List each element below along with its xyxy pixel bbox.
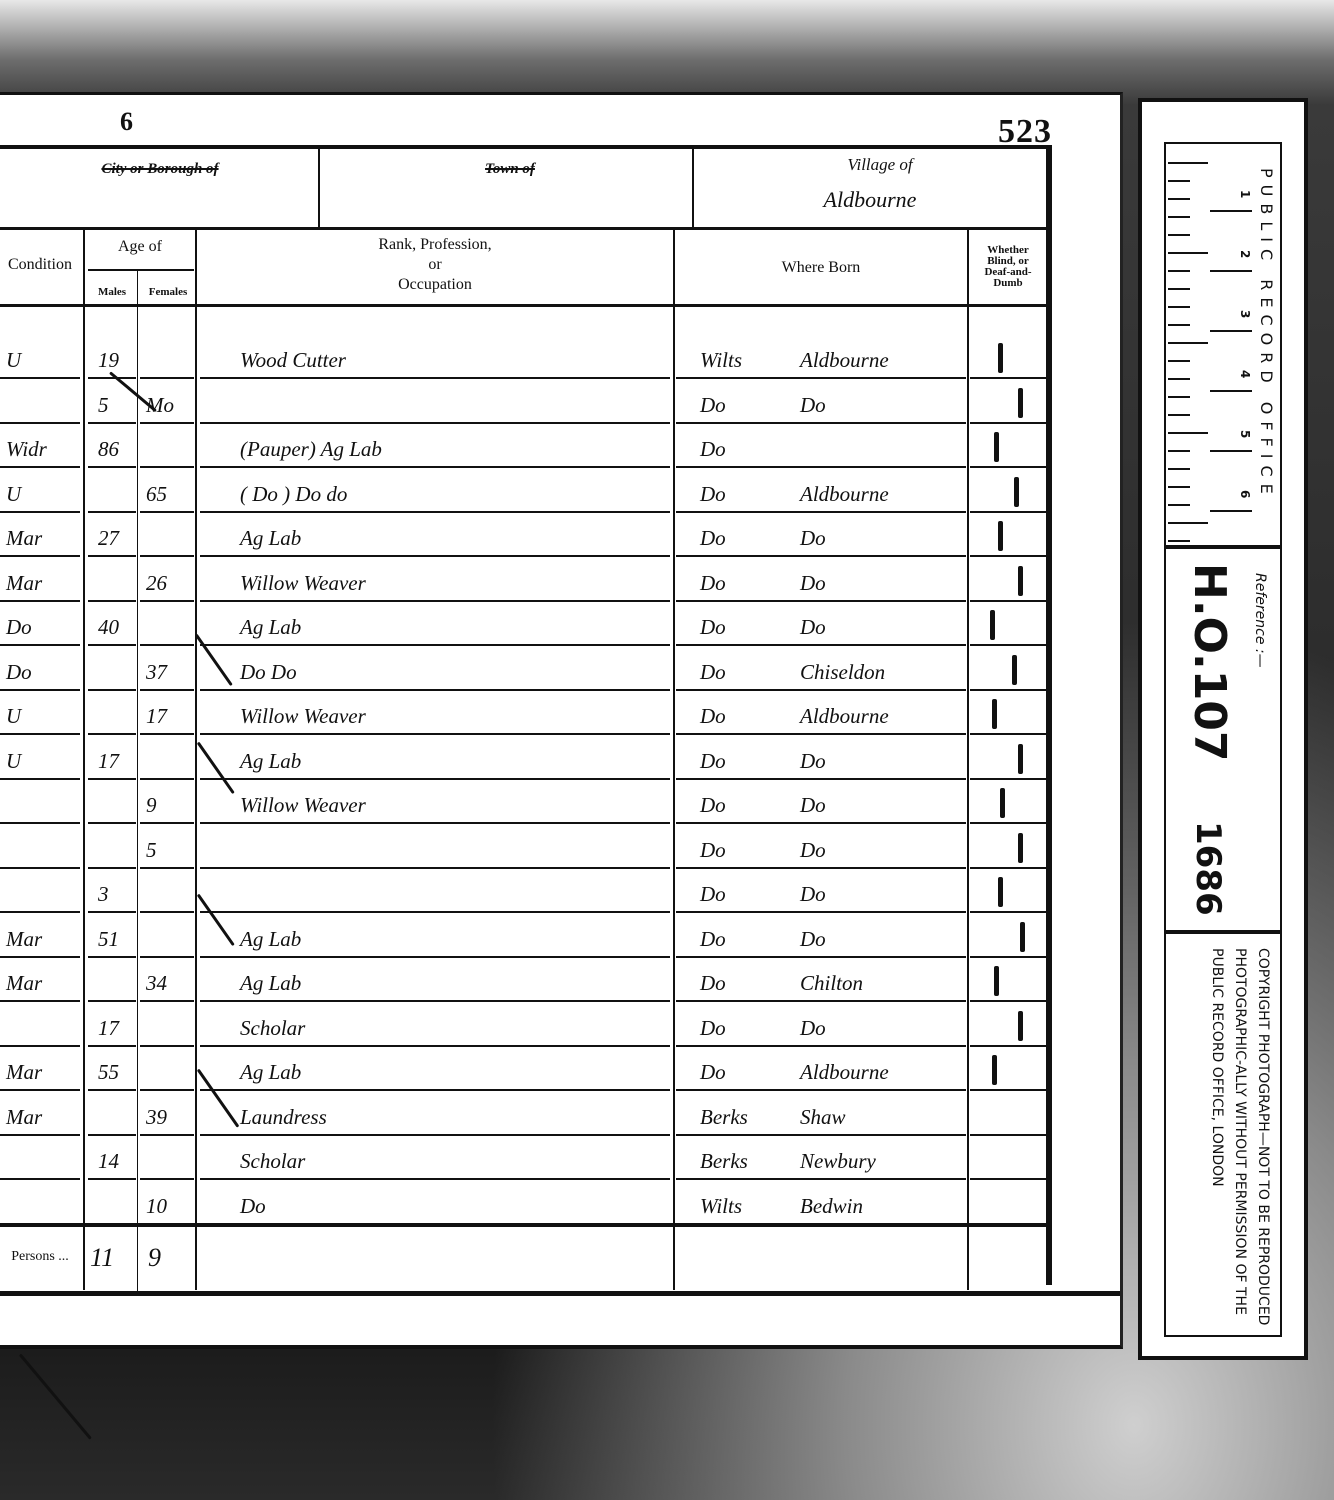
table-row: Mar39LaundressBerksShaw <box>0 1090 1050 1136</box>
male-age-cell: 40 <box>98 615 119 640</box>
born-county-cell: Do <box>700 482 726 507</box>
occupation-cell: Ag Lab <box>240 1060 301 1085</box>
table-row: Do37Do DoDoChiseldon <box>0 645 1050 691</box>
ruler-tick <box>1168 360 1190 362</box>
born-place-cell: Aldbourne <box>800 348 889 373</box>
born-county-cell: Do <box>700 571 726 596</box>
male-age-cell: 86 <box>98 437 119 462</box>
born-place-cell: Shaw <box>800 1105 846 1130</box>
condition-cell: Mar <box>6 1060 42 1085</box>
table-row: 3DoDo <box>0 867 1050 913</box>
born-place-cell: Do <box>800 1016 826 1041</box>
ruler-tick <box>1168 162 1208 164</box>
male-age-cell: 55 <box>98 1060 119 1085</box>
male-age-cell: 17 <box>98 749 119 774</box>
table-row: U65( Do ) Do doDoAldbourne <box>0 467 1050 513</box>
ruler-major-tick <box>1210 510 1252 512</box>
condition-cell: U <box>6 704 21 729</box>
occupation-cell: Do <box>240 1194 266 1219</box>
male-age-cell: 17 <box>98 1016 119 1041</box>
table-row: 14ScholarBerksNewbury <box>0 1134 1050 1180</box>
male-age-cell: 14 <box>98 1149 119 1174</box>
occupation-header-line1: Rank, Profession, <box>200 235 670 255</box>
condition-cell: Mar <box>6 971 42 996</box>
ruler-tick <box>1168 270 1190 272</box>
condition-cell: Do <box>6 660 32 685</box>
table-row: U17Ag LabDoDo <box>0 734 1050 780</box>
tally-mark <box>994 432 999 462</box>
female-age-cell: 5 <box>146 838 157 863</box>
table-row: Mar51Ag LabDoDo <box>0 912 1050 958</box>
ruler-tick <box>1168 216 1190 218</box>
ruler-number: 5 <box>1238 430 1252 438</box>
table-row: Mar26Willow WeaverDoDo <box>0 556 1050 602</box>
ruler-major-tick <box>1210 330 1252 332</box>
header-rule-top <box>0 145 1050 149</box>
ruler-number: 4 <box>1238 370 1252 378</box>
ruler-tick <box>1168 414 1190 416</box>
ruler-major-tick <box>1210 450 1252 452</box>
born-place-cell: Do <box>800 927 826 952</box>
ruler-tick <box>1168 396 1190 398</box>
occupation-cell: Laundress <box>240 1105 327 1130</box>
born-county-cell: Do <box>700 1016 726 1041</box>
condition-cell: Mar <box>6 526 42 551</box>
condition-cell: Widr <box>6 437 47 462</box>
table-row: U19Wood CutterWiltsAldbourne <box>0 333 1050 379</box>
born-place-cell: Bedwin <box>800 1194 863 1219</box>
occupation-cell: ( Do ) Do do <box>240 482 347 507</box>
female-age-cell: 9 <box>146 793 157 818</box>
blind-deaf-header: Whether Blind, or Deaf-and- Dumb <box>970 245 1046 289</box>
header-rule-bottom <box>0 304 1050 307</box>
occupation-cell: Ag Lab <box>240 615 301 640</box>
sheet-number: 6 <box>120 107 133 137</box>
born-county-cell: Do <box>700 437 726 462</box>
ruler-tick <box>1168 540 1190 542</box>
born-place-cell: Do <box>800 882 826 907</box>
born-county-cell: Wilts <box>700 1194 742 1219</box>
occupation-cell: Scholar <box>240 1016 305 1041</box>
table-row: 17ScholarDoDo <box>0 1001 1050 1047</box>
males-header: Males <box>86 286 138 298</box>
male-age-cell: 19 <box>98 348 119 373</box>
born-place-cell: Do <box>800 615 826 640</box>
male-age-cell: 51 <box>98 927 119 952</box>
ruler-tick <box>1168 378 1190 380</box>
ruler-tick <box>1168 306 1190 308</box>
ruler-tick <box>1168 288 1190 290</box>
occupation-cell: Ag Lab <box>240 749 301 774</box>
tally-mark <box>1018 388 1023 418</box>
village-value: Aldbourne <box>760 187 980 213</box>
male-age-cell: 5 <box>98 393 109 418</box>
born-place-cell: Aldbourne <box>800 704 889 729</box>
condition-cell: Do <box>6 615 32 640</box>
total-females: 9 <box>148 1243 161 1273</box>
female-age-cell: 37 <box>146 660 167 685</box>
born-county-cell: Do <box>700 393 726 418</box>
born-place-cell: Do <box>800 393 826 418</box>
measurement-ruler: PUBLIC RECORD OFFICE 123456 <box>1164 142 1282 547</box>
born-place-cell: Do <box>800 749 826 774</box>
ruler-major-tick <box>1210 390 1252 392</box>
born-county-cell: Do <box>700 704 726 729</box>
occupation-cell: Willow Weaver <box>240 571 366 596</box>
ruler-tick <box>1168 234 1190 236</box>
born-county-cell: Do <box>700 793 726 818</box>
table-row: 9Willow WeaverDoDo <box>0 778 1050 824</box>
copyright-notice: COPYRIGHT PHOTOGRAPH—NOT TO BE REPRODUCE… <box>1205 948 1274 1328</box>
ruler-tick <box>1168 252 1208 254</box>
ruler-tick <box>1168 324 1190 326</box>
ruler-tick <box>1168 180 1190 182</box>
born-county-cell: Do <box>700 526 726 551</box>
ruler-number: 1 <box>1238 190 1252 198</box>
header-divider <box>318 149 320 227</box>
born-county-cell: Do <box>700 971 726 996</box>
table-row: 5DoDo <box>0 823 1050 869</box>
female-age-cell: 39 <box>146 1105 167 1130</box>
copyright-box: COPYRIGHT PHOTOGRAPH—NOT TO BE REPRODUCE… <box>1164 932 1282 1337</box>
totals-row: Persons ... 11 9 <box>0 1225 1120 1291</box>
ruler-major-tick <box>1210 270 1252 272</box>
tally-mark <box>998 877 1003 907</box>
born-place-cell: Chiseldon <box>800 660 885 685</box>
ruler-tick <box>1168 504 1190 506</box>
condition-cell: Mar <box>6 571 42 596</box>
ruler-tick <box>1168 468 1190 470</box>
village-label: Village of <box>780 155 980 175</box>
age-of-header: Age of <box>86 237 194 257</box>
total-males: 11 <box>90 1243 114 1273</box>
occupation-cell: Ag Lab <box>240 971 301 996</box>
tally-mark <box>1020 922 1025 952</box>
town-label: Town of <box>400 161 620 178</box>
condition-cell: U <box>6 482 21 507</box>
occupation-cell: Willow Weaver <box>240 704 366 729</box>
tally-mark <box>1014 477 1019 507</box>
born-place-cell: Chilton <box>800 971 863 996</box>
tally-mark <box>990 610 995 640</box>
condition-cell: Mar <box>6 927 42 952</box>
age-subrule <box>88 269 194 271</box>
born-place-cell: Aldbourne <box>800 1060 889 1085</box>
tally-mark <box>1018 566 1023 596</box>
table-row: Mar27Ag LabDoDo <box>0 511 1050 557</box>
table-row: U17Willow WeaverDoAldbourne <box>0 689 1050 735</box>
born-place-cell: Do <box>800 793 826 818</box>
occupation-cell: Willow Weaver <box>240 793 366 818</box>
tally-mark <box>998 521 1003 551</box>
table-row: 10DoWiltsBedwin <box>0 1179 1050 1225</box>
male-age-cell: 3 <box>98 882 109 907</box>
table-row: Widr86(Pauper) Ag LabDo <box>0 422 1050 468</box>
ruler-tick <box>1168 198 1190 200</box>
female-age-cell: 65 <box>146 482 167 507</box>
condition-cell: U <box>6 749 21 774</box>
male-age-cell: 27 <box>98 526 119 551</box>
blind-header-line4: Dumb <box>970 278 1046 289</box>
table-row: 5MoDoDo <box>0 378 1050 424</box>
born-county-cell: Do <box>700 1060 726 1085</box>
occupation-cell: Ag Lab <box>240 927 301 952</box>
ruler-tick <box>1168 486 1190 488</box>
reference-piece: 1686 <box>1188 821 1228 916</box>
check-stroke <box>19 1354 92 1440</box>
occupation-cell: (Pauper) Ag Lab <box>240 437 382 462</box>
condition-cell: U <box>6 348 21 373</box>
ruler-number: 3 <box>1238 310 1252 318</box>
occupation-header-line3: Occupation <box>200 275 670 295</box>
ruler-tick <box>1168 522 1208 524</box>
born-county-cell: Do <box>700 660 726 685</box>
born-county-cell: Do <box>700 882 726 907</box>
female-age-cell: 34 <box>146 971 167 996</box>
table-row: Mar55Ag LabDoAldbourne <box>0 1045 1050 1091</box>
tally-mark <box>998 343 1003 373</box>
occupation-cell: Do Do <box>240 660 297 685</box>
reference-box: Reference :— H.O.107 1686 <box>1164 547 1282 932</box>
census-page: 6 523 City or Borough of Town of Village… <box>0 92 1123 1349</box>
born-county-cell: Do <box>700 927 726 952</box>
table-row: Do40Ag LabDoDo <box>0 600 1050 646</box>
tally-mark <box>994 966 999 996</box>
totals-label: Persons ... <box>0 1249 80 1265</box>
occupation-cell: Scholar <box>240 1149 305 1174</box>
where-born-header: Where Born <box>676 258 966 278</box>
ruler-number: 6 <box>1238 490 1252 498</box>
born-county-cell: Do <box>700 749 726 774</box>
occupation-header: Rank, Profession, or Occupation <box>200 235 670 295</box>
female-age-cell: 17 <box>146 704 167 729</box>
header-rule-mid <box>0 227 1050 230</box>
ruler-number: 2 <box>1238 250 1252 258</box>
table-row: Mar34Ag LabDoChilton <box>0 956 1050 1002</box>
occupation-cell: Wood Cutter <box>240 348 346 373</box>
reference-strip: PUBLIC RECORD OFFICE 123456 Reference :—… <box>1138 98 1308 1360</box>
tally-mark <box>1018 744 1023 774</box>
born-place-cell: Aldbourne <box>800 482 889 507</box>
tally-mark <box>1018 833 1023 863</box>
ruler-tick <box>1168 450 1190 452</box>
condition-cell: Mar <box>6 1105 42 1130</box>
tally-mark <box>1018 1011 1023 1041</box>
female-age-cell: 26 <box>146 571 167 596</box>
tally-mark <box>992 1055 997 1085</box>
ruler-major-tick <box>1210 210 1252 212</box>
born-county-cell: Do <box>700 838 726 863</box>
ruler-title: PUBLIC RECORD OFFICE <box>1257 168 1276 501</box>
tally-mark <box>1000 788 1005 818</box>
females-header: Females <box>140 286 196 298</box>
occupation-header-line2: or <box>200 255 670 275</box>
header-divider <box>692 149 694 227</box>
reference-series: H.O.107 <box>1184 563 1235 762</box>
born-county-cell: Do <box>700 615 726 640</box>
totals-rule-bottom <box>0 1291 1120 1296</box>
occupation-cell: Ag Lab <box>240 526 301 551</box>
born-place-cell: Do <box>800 838 826 863</box>
city-borough-label: City or Borough of <box>30 161 290 178</box>
born-county-cell: Berks <box>700 1105 748 1130</box>
born-place-cell: Do <box>800 526 826 551</box>
born-county-cell: Wilts <box>700 348 742 373</box>
born-county-cell: Berks <box>700 1149 748 1174</box>
born-place-cell: Do <box>800 571 826 596</box>
female-age-cell: 10 <box>146 1194 167 1219</box>
condition-header: Condition <box>0 255 80 275</box>
born-place-cell: Newbury <box>800 1149 876 1174</box>
ruler-tick <box>1168 342 1208 344</box>
reference-label: Reference :— <box>1252 573 1268 668</box>
ruler-tick <box>1168 432 1208 434</box>
tally-mark <box>1012 655 1017 685</box>
tally-mark <box>992 699 997 729</box>
